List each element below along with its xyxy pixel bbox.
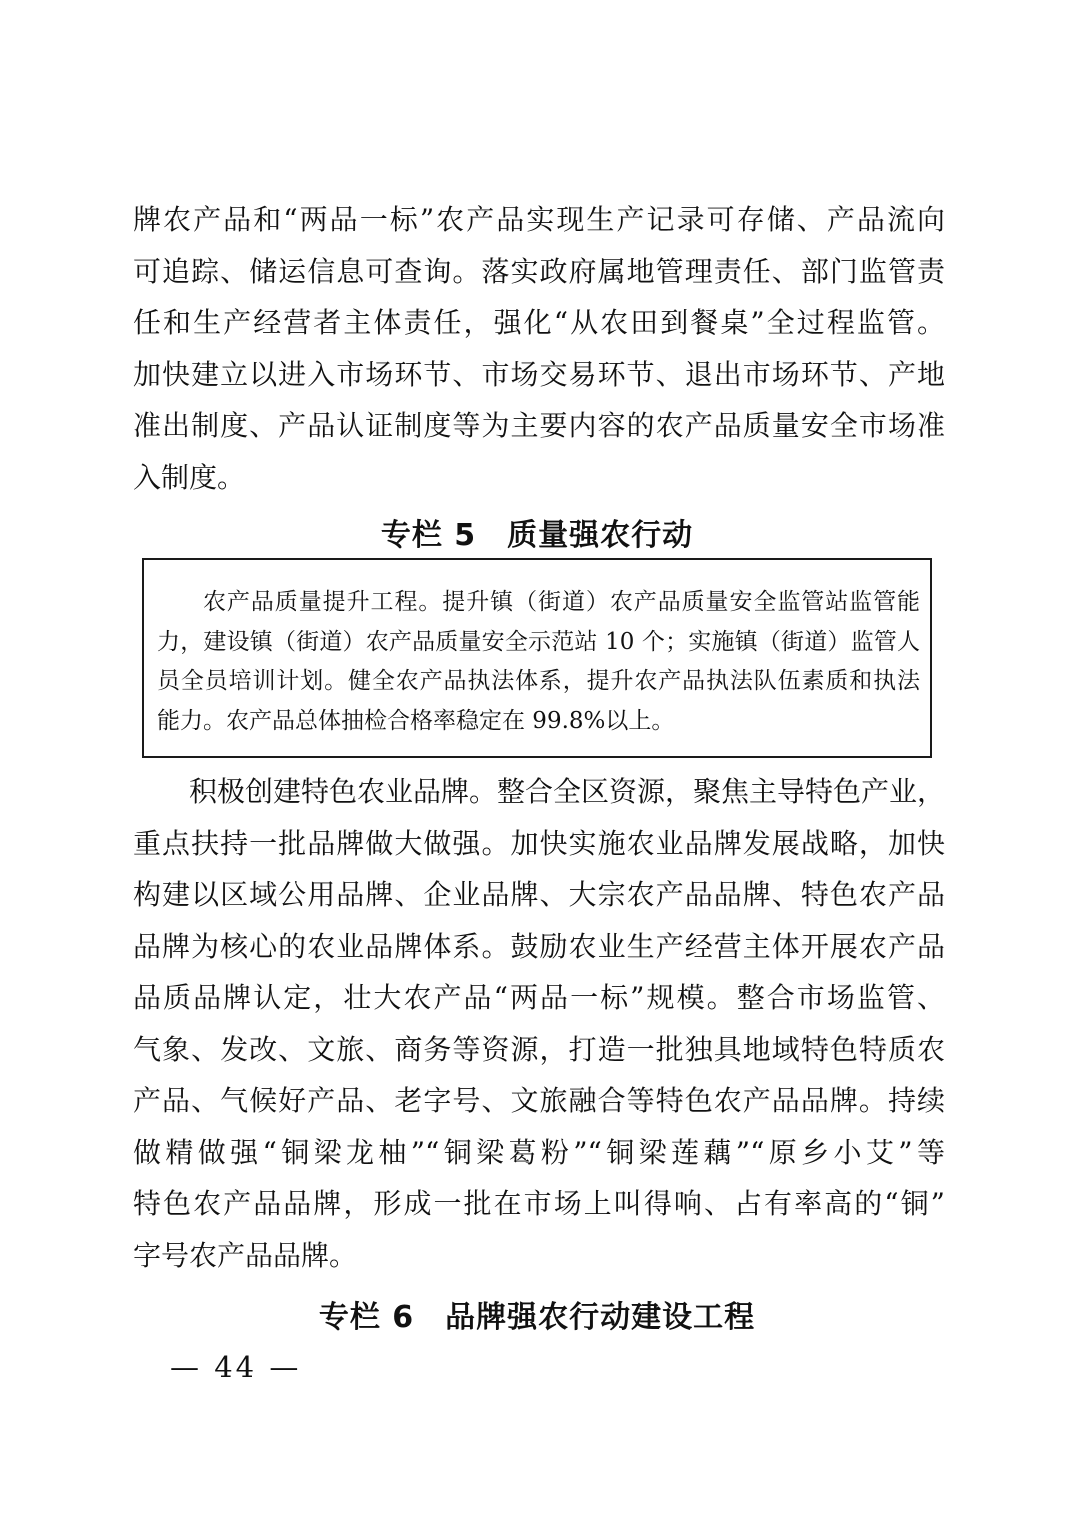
text-line: 牌农产品和“两品一标”农产品实现生产记录可存储、产品流向: [133, 194, 945, 246]
text-line: 气象、发改、文旅、商务等资源，打造一批独具地域特色特质农: [133, 1024, 945, 1076]
text-line: 员全员培训计划。健全农产品执法体系，提升农产品执法队伍素质和执法: [157, 662, 920, 702]
text-line: 重点扶持一批品牌做大做强。加快实施农业品牌发展战略，加快: [133, 818, 945, 870]
text-line: 农产品质量提升工程。提升镇（街道）农产品质量安全监管站监管能: [157, 583, 920, 623]
column5-title: 专栏 5 质量强农行动: [0, 516, 1074, 556]
text-line: 加快建立以进入市场环节、市场交易环节、退出市场环节、产地: [133, 349, 945, 401]
page-number: — 44 —: [170, 1347, 301, 1387]
text-line: 准出制度、产品认证制度等为主要内容的农产品质量安全市场准: [133, 400, 945, 452]
text-line: 力，建设镇（街道）农产品质量安全示范站 10 个；实施镇（街道）监管人: [157, 623, 920, 663]
text-line: 可追踪、储运信息可查询。落实政府属地管理责任、部门监管责: [133, 246, 945, 298]
text-line: 字号农产品品牌。: [133, 1230, 945, 1282]
text-line: 产品、气候好产品、老字号、文旅融合等特色农产品品牌。持续: [133, 1075, 945, 1127]
paragraph-brand-building: 积极创建特色农业品牌。整合全区资源，聚焦主导特色产业，重点扶持一批品牌做大做强。…: [133, 766, 945, 1281]
text-line: 积极创建特色农业品牌。整合全区资源，聚焦主导特色产业，: [133, 766, 945, 818]
column5-box: 农产品质量提升工程。提升镇（街道）农产品质量安全监管站监管能力，建设镇（街道）农…: [142, 558, 932, 758]
column5-box-text: 农产品质量提升工程。提升镇（街道）农产品质量安全监管站监管能力，建设镇（街道）农…: [157, 583, 920, 742]
text-line: 特色农产品品牌，形成一批在市场上叫得响、占有率高的“铜”: [133, 1178, 945, 1230]
text-line: 任和生产经营者主体责任，强化“从农田到餐桌”全过程监管。: [133, 297, 945, 349]
document-page: 牌农产品和“两品一标”农产品实现生产记录可存储、产品流向可追踪、储运信息可查询。…: [0, 0, 1074, 1520]
paragraph-quality-safety-market-access: 牌农产品和“两品一标”农产品实现生产记录可存储、产品流向可追踪、储运信息可查询。…: [133, 194, 945, 503]
column6-title: 专栏 6 品牌强农行动建设工程: [0, 1298, 1074, 1338]
text-line: 做精做强“铜梁龙柚”“铜梁葛粉”“铜梁莲藕”“原乡小艾”等: [133, 1127, 945, 1179]
text-line: 构建以区域公用品牌、企业品牌、大宗农产品品牌、特色农产品: [133, 869, 945, 921]
text-line: 品质品牌认定，壮大农产品“两品一标”规模。整合市场监管、: [133, 972, 945, 1024]
text-line: 品牌为核心的农业品牌体系。鼓励农业生产经营主体开展农产品: [133, 921, 945, 973]
text-line: 能力。农产品总体抽检合格率稳定在 99.8%以上。: [157, 702, 920, 742]
text-line: 入制度。: [133, 452, 945, 504]
